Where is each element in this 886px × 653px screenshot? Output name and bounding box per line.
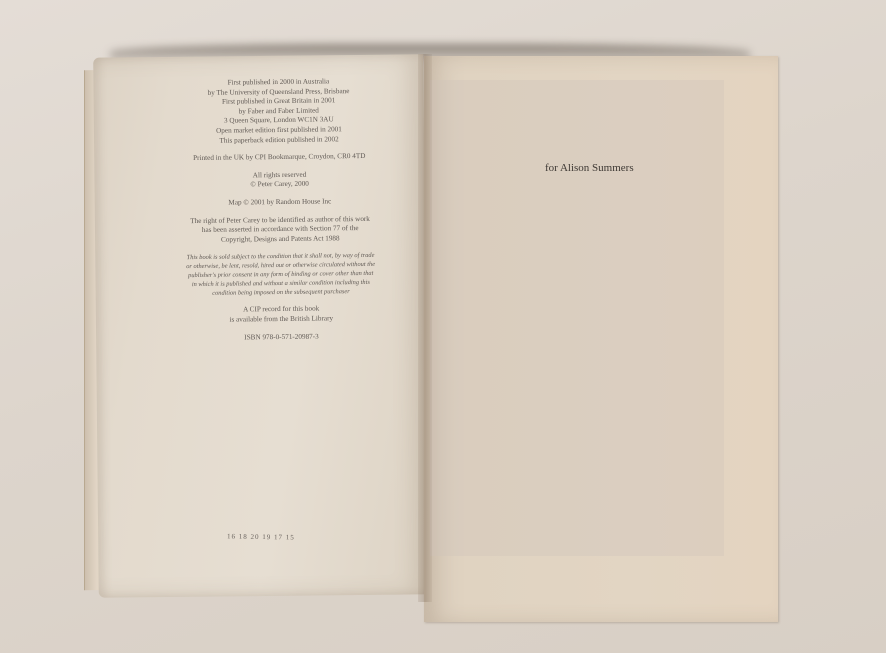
moral-rights: The right of Peter Carey to be identifie… — [150, 214, 410, 246]
publication-history: First published in 2000 in Australia by … — [148, 76, 409, 146]
print-run-numbers: 16 18 20 19 17 15 — [227, 532, 295, 541]
book-gutter — [418, 54, 432, 602]
dedication-page — [424, 56, 778, 622]
copyright-text: First published in 2000 in Australia by … — [148, 76, 411, 351]
sale-conditions: This book is sold subject to the conditi… — [150, 251, 411, 299]
rights-notice: All rights reserved © Peter Carey, 2000 — [149, 169, 409, 191]
dedication-text: for Alison Summers — [545, 162, 634, 174]
isbn: ISBN 978-0-571-20987-3 — [151, 331, 411, 344]
show-through-print-area — [430, 80, 724, 556]
cip-record: A CIP record for this book is available … — [151, 304, 411, 326]
printer-line: Printed in the UK by CPI Bookmarque, Cro… — [149, 152, 409, 165]
map-credit: Map © 2001 by Random House Inc — [150, 196, 410, 209]
